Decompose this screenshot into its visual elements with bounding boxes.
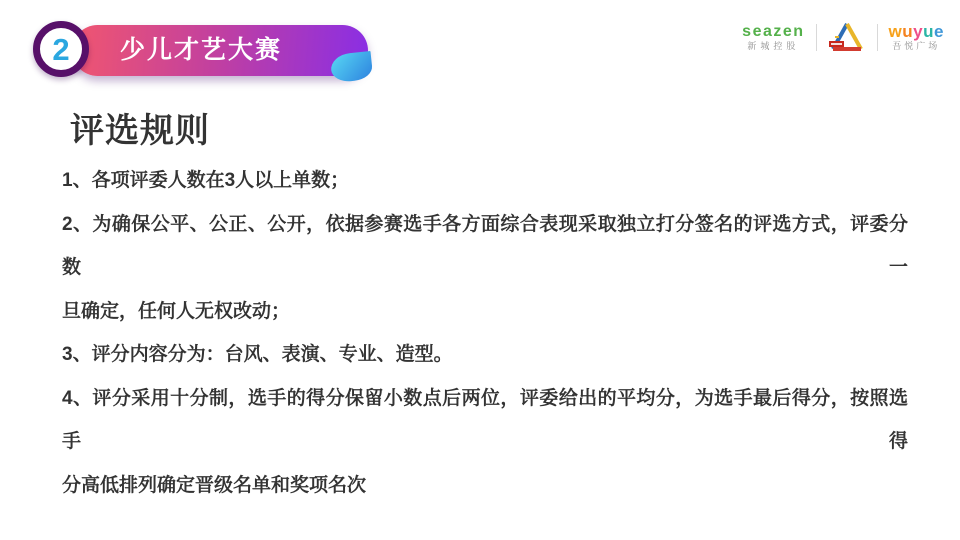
logo-divider — [877, 24, 878, 51]
rule-1: 1、各项评委人数在3人以上单数； — [62, 159, 908, 203]
section-number-circle: 2 — [33, 21, 89, 77]
seazen-caption: 新城控股 — [742, 40, 804, 52]
brand-logos: seazen 新城控股 wuyue 吾悦广场 — [742, 17, 944, 57]
wuyue-wordmark: wuyue — [889, 23, 944, 40]
seazen-wordmark: seazen — [742, 23, 804, 40]
slide: 少儿才艺大赛 2 seazen 新城控股 wuyue 吾悦广场 — [0, 0, 960, 540]
wuyue-caption: 吾悦广场 — [889, 40, 944, 52]
rule-2-line-2: 旦确定，任何人无权改动； — [62, 290, 908, 334]
section-title: 少儿才艺大赛 — [72, 25, 368, 76]
rules-list: 1、各项评委人数在3人以上单数； 2、为确保公平、公正、公开，依据参赛选手各方面… — [62, 159, 908, 507]
rule-3: 3、评分内容分为：台风、表演、专业、造型。 — [62, 333, 908, 377]
section-title-pill: 少儿才艺大赛 — [72, 25, 368, 76]
rule-2-line-1: 2、为确保公平、公正、公开，依据参赛选手各方面综合表现采取独立打分签名的评选方式… — [62, 203, 908, 290]
xincheng-triangle-logo-icon — [828, 21, 866, 53]
rule-4-line-2: 分高低排列确定晋级名单和奖项名次 — [62, 464, 908, 508]
rule-4-line-1: 4、评分采用十分制，选手的得分保留小数点后两位，评委给出的平均分，为选手最后得分… — [62, 377, 908, 464]
page-title: 评选规则 — [70, 103, 210, 152]
seazen-logo: seazen 新城控股 — [742, 23, 804, 52]
section-number: 2 — [52, 34, 69, 65]
wuyue-logo: wuyue 吾悦广场 — [889, 23, 944, 52]
logo-divider — [816, 24, 817, 51]
